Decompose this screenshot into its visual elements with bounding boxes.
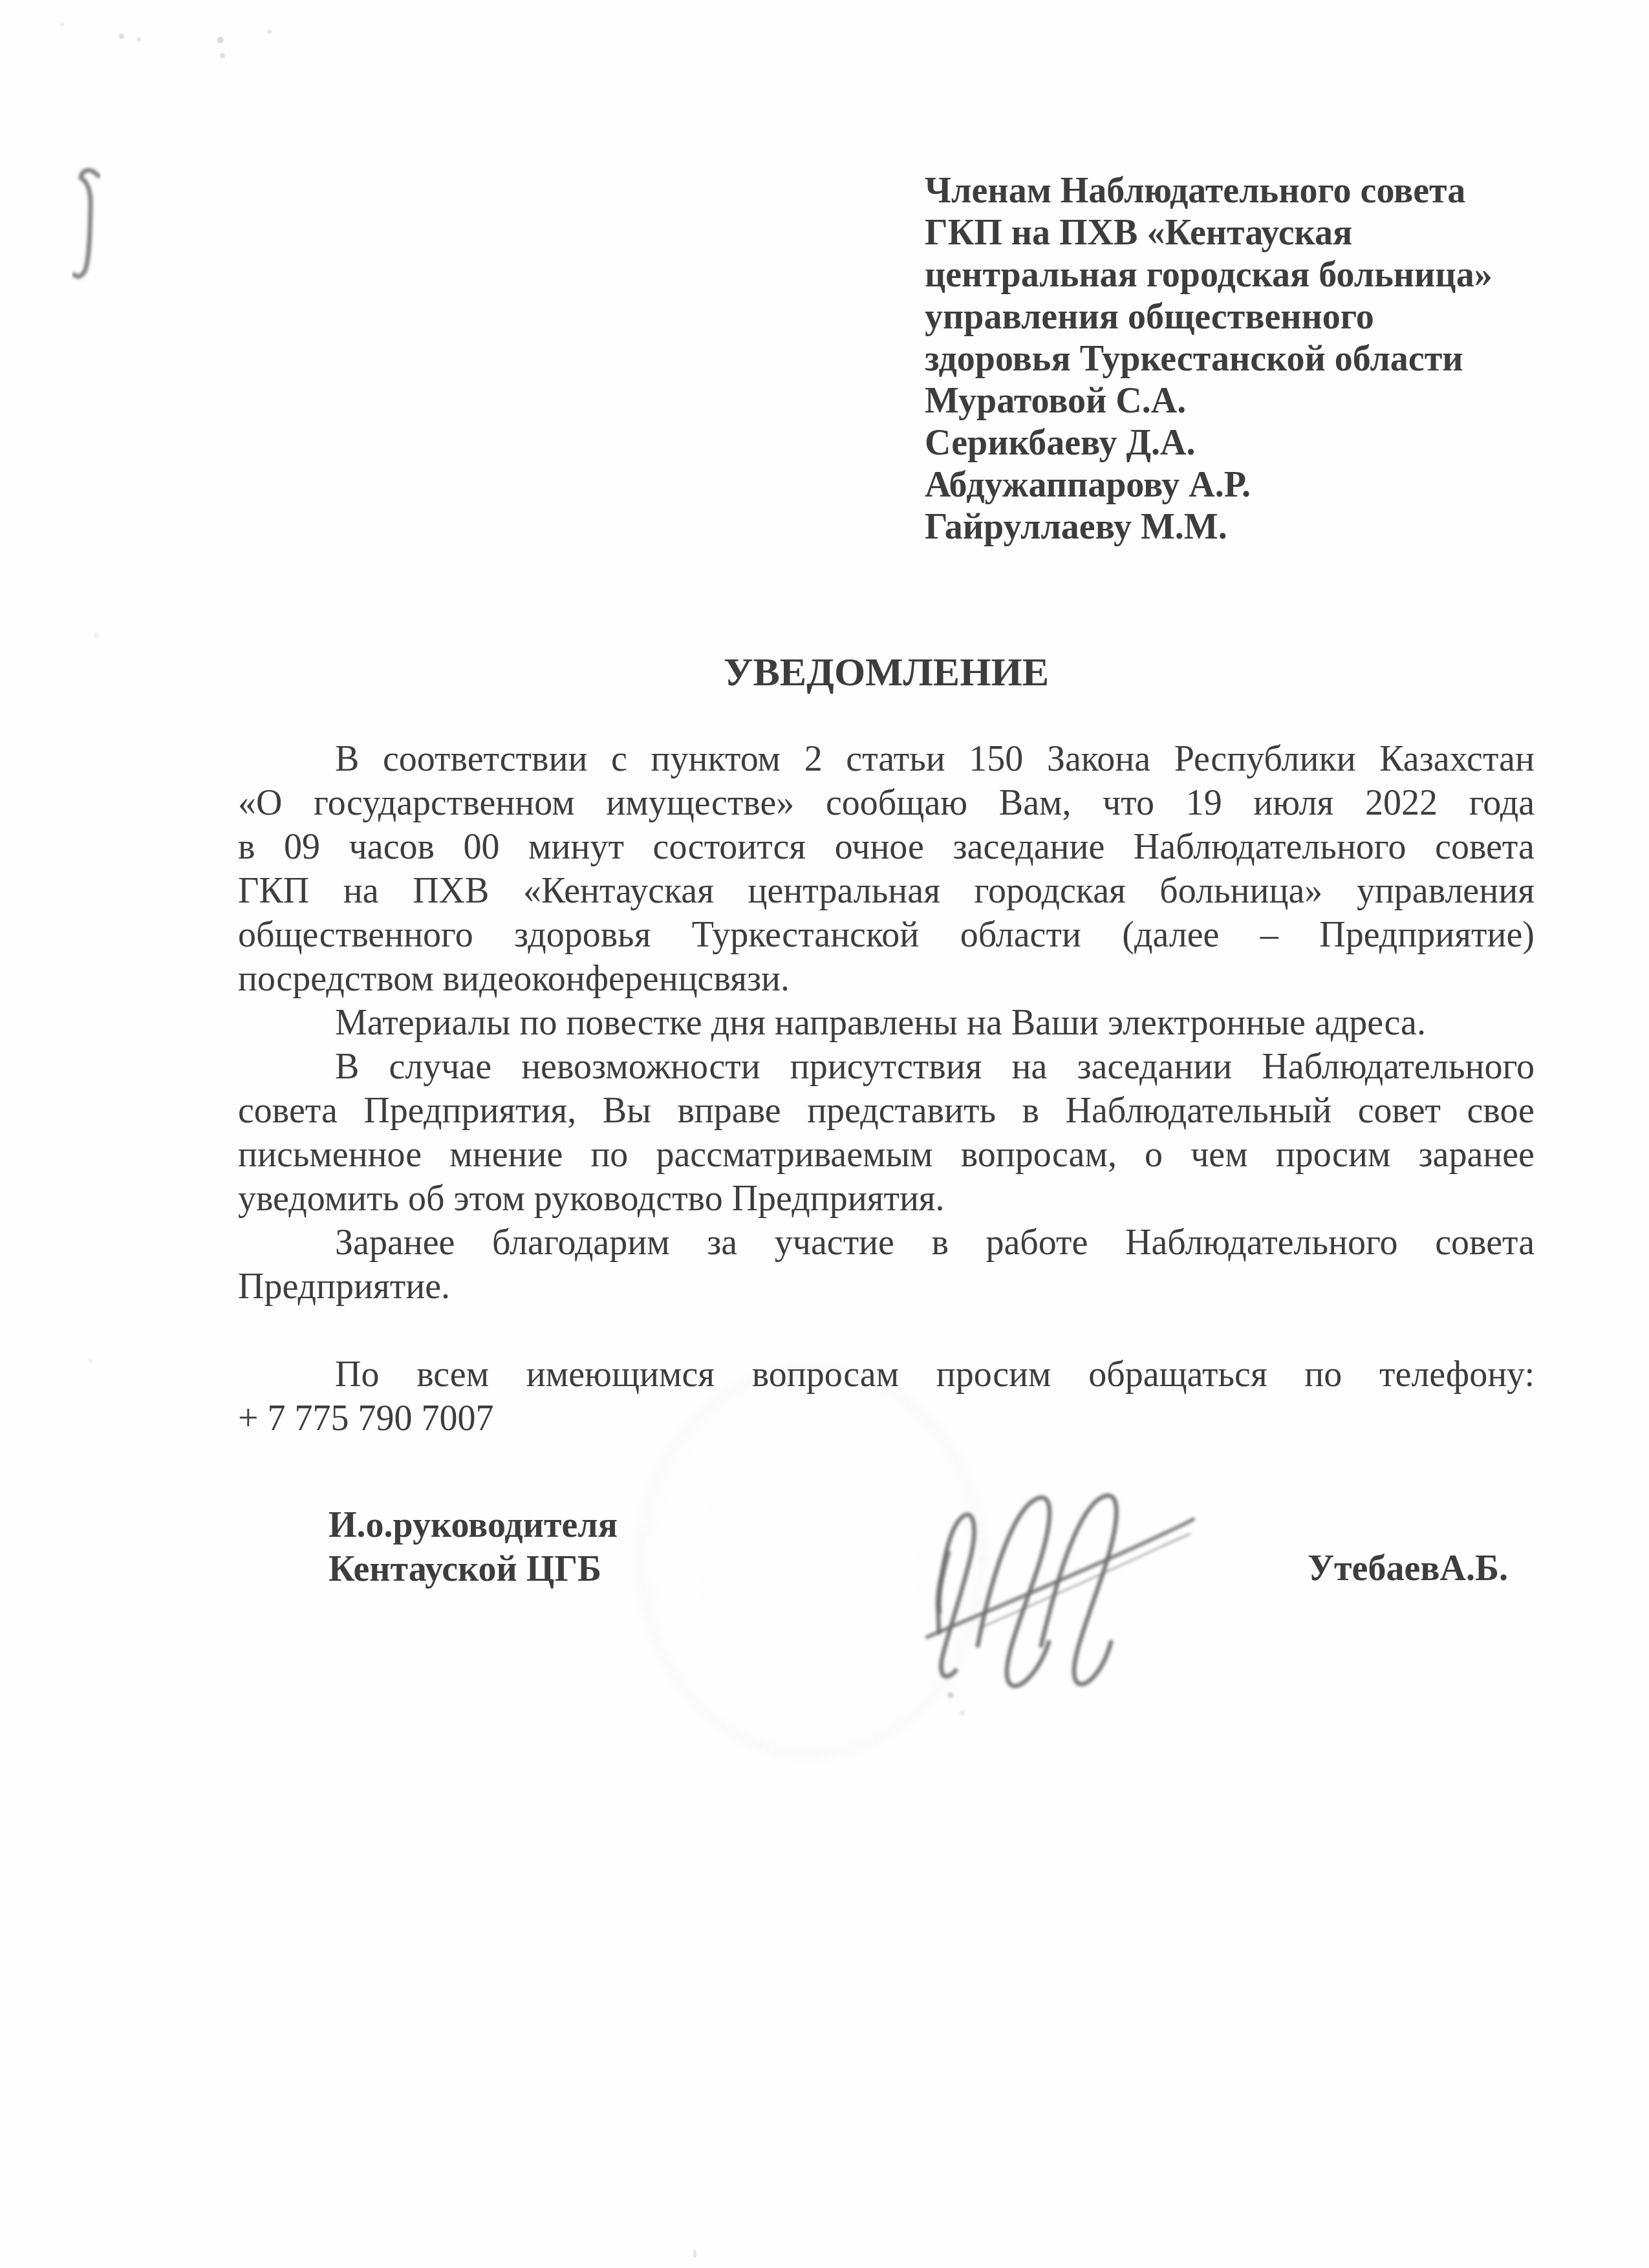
paragraph: ЗаранееблагодаримзаучастиевработеНаблюда… — [238, 1221, 1535, 1309]
paragraph: Повсемимеющимсявопросампросимобращатьсяп… — [238, 1353, 1535, 1440]
addressee-line: ГКП на ПХВ «Кентауская — [925, 212, 1493, 254]
addressee-line: Абдужаппарову А.Р. — [925, 464, 1493, 506]
body-line: «Огосударственномимуществе»сообщаюВам,чт… — [238, 781, 1535, 825]
body-line: общественногоздоровьяТуркестанскойобласт… — [238, 913, 1535, 957]
body-line: ГКПнаПХВ«Кентаускаяцентральнаягородскаяб… — [238, 869, 1535, 913]
body-line: ЗаранееблагодаримзаучастиевработеНаблюда… — [238, 1221, 1535, 1265]
handwritten-signature — [927, 1495, 1193, 1715]
body-line: + 7 775 790 7007 — [238, 1396, 1535, 1440]
addressee-line: управления общественного — [925, 296, 1493, 338]
addressee-line: Серикбаеву Д.А. — [925, 422, 1493, 464]
body-line: Предприятие. — [238, 1265, 1535, 1309]
paragraph: Материалы по повестке дня направлены на … — [238, 1001, 1535, 1045]
paragraph: Вслучаеневозможностиприсутствияназаседан… — [238, 1045, 1535, 1221]
addressee-line: центральная городская больница» — [925, 254, 1493, 296]
document-body: Всоответствииспунктом2статьи150ЗаконаРес… — [238, 737, 1535, 1440]
addressee-line: Муратовой С.А. — [925, 380, 1493, 422]
body-line: Повсемимеющимсявопросампросимобращатьсяп… — [238, 1353, 1535, 1396]
addressee-block: Членам Наблюдательного советаГКП на ПХВ … — [925, 170, 1493, 548]
document-title: УВЕДОМЛЕНИЕ — [238, 650, 1535, 696]
body-line: письменноемнениепорассматриваемымвопроса… — [238, 1133, 1535, 1177]
signer-name: УтебаевА.Б. — [1308, 1546, 1508, 1590]
addressee-line: Членам Наблюдательного совета — [925, 170, 1493, 212]
addressee-line: здоровья Туркестанской области — [925, 338, 1493, 380]
body-line: советаПредприятия,ВывправепредставитьвНа… — [238, 1089, 1535, 1133]
signer-role-line: Кентауской ЦГБ — [329, 1547, 618, 1591]
signer-role-line: И.о.руководителя — [329, 1503, 618, 1547]
body-line: Вслучаеневозможностиприсутствияназаседан… — [238, 1045, 1535, 1089]
body-line: в09часов00минутсостоитсяочноезаседаниеНа… — [238, 825, 1535, 869]
body-line: Всоответствииспунктом2статьи150ЗаконаРес… — [238, 737, 1535, 781]
body-line: уведомить об этом руководство Предприяти… — [238, 1177, 1535, 1221]
body-line: посредством видеоконференцсвязи. — [238, 957, 1535, 1001]
paragraph: Всоответствииспунктом2статьи150ЗаконаРес… — [238, 737, 1535, 1001]
document-page: Членам Наблюдательного советаГКП на ПХВ … — [0, 0, 1649, 2268]
pen-stroke-mark — [74, 170, 98, 277]
body-line: Материалы по повестке дня направлены на … — [238, 1001, 1535, 1045]
signer-role: И.о.руководителяКентауской ЦГБ — [329, 1503, 618, 1591]
addressee-line: Гайруллаеву М.М. — [925, 506, 1493, 548]
